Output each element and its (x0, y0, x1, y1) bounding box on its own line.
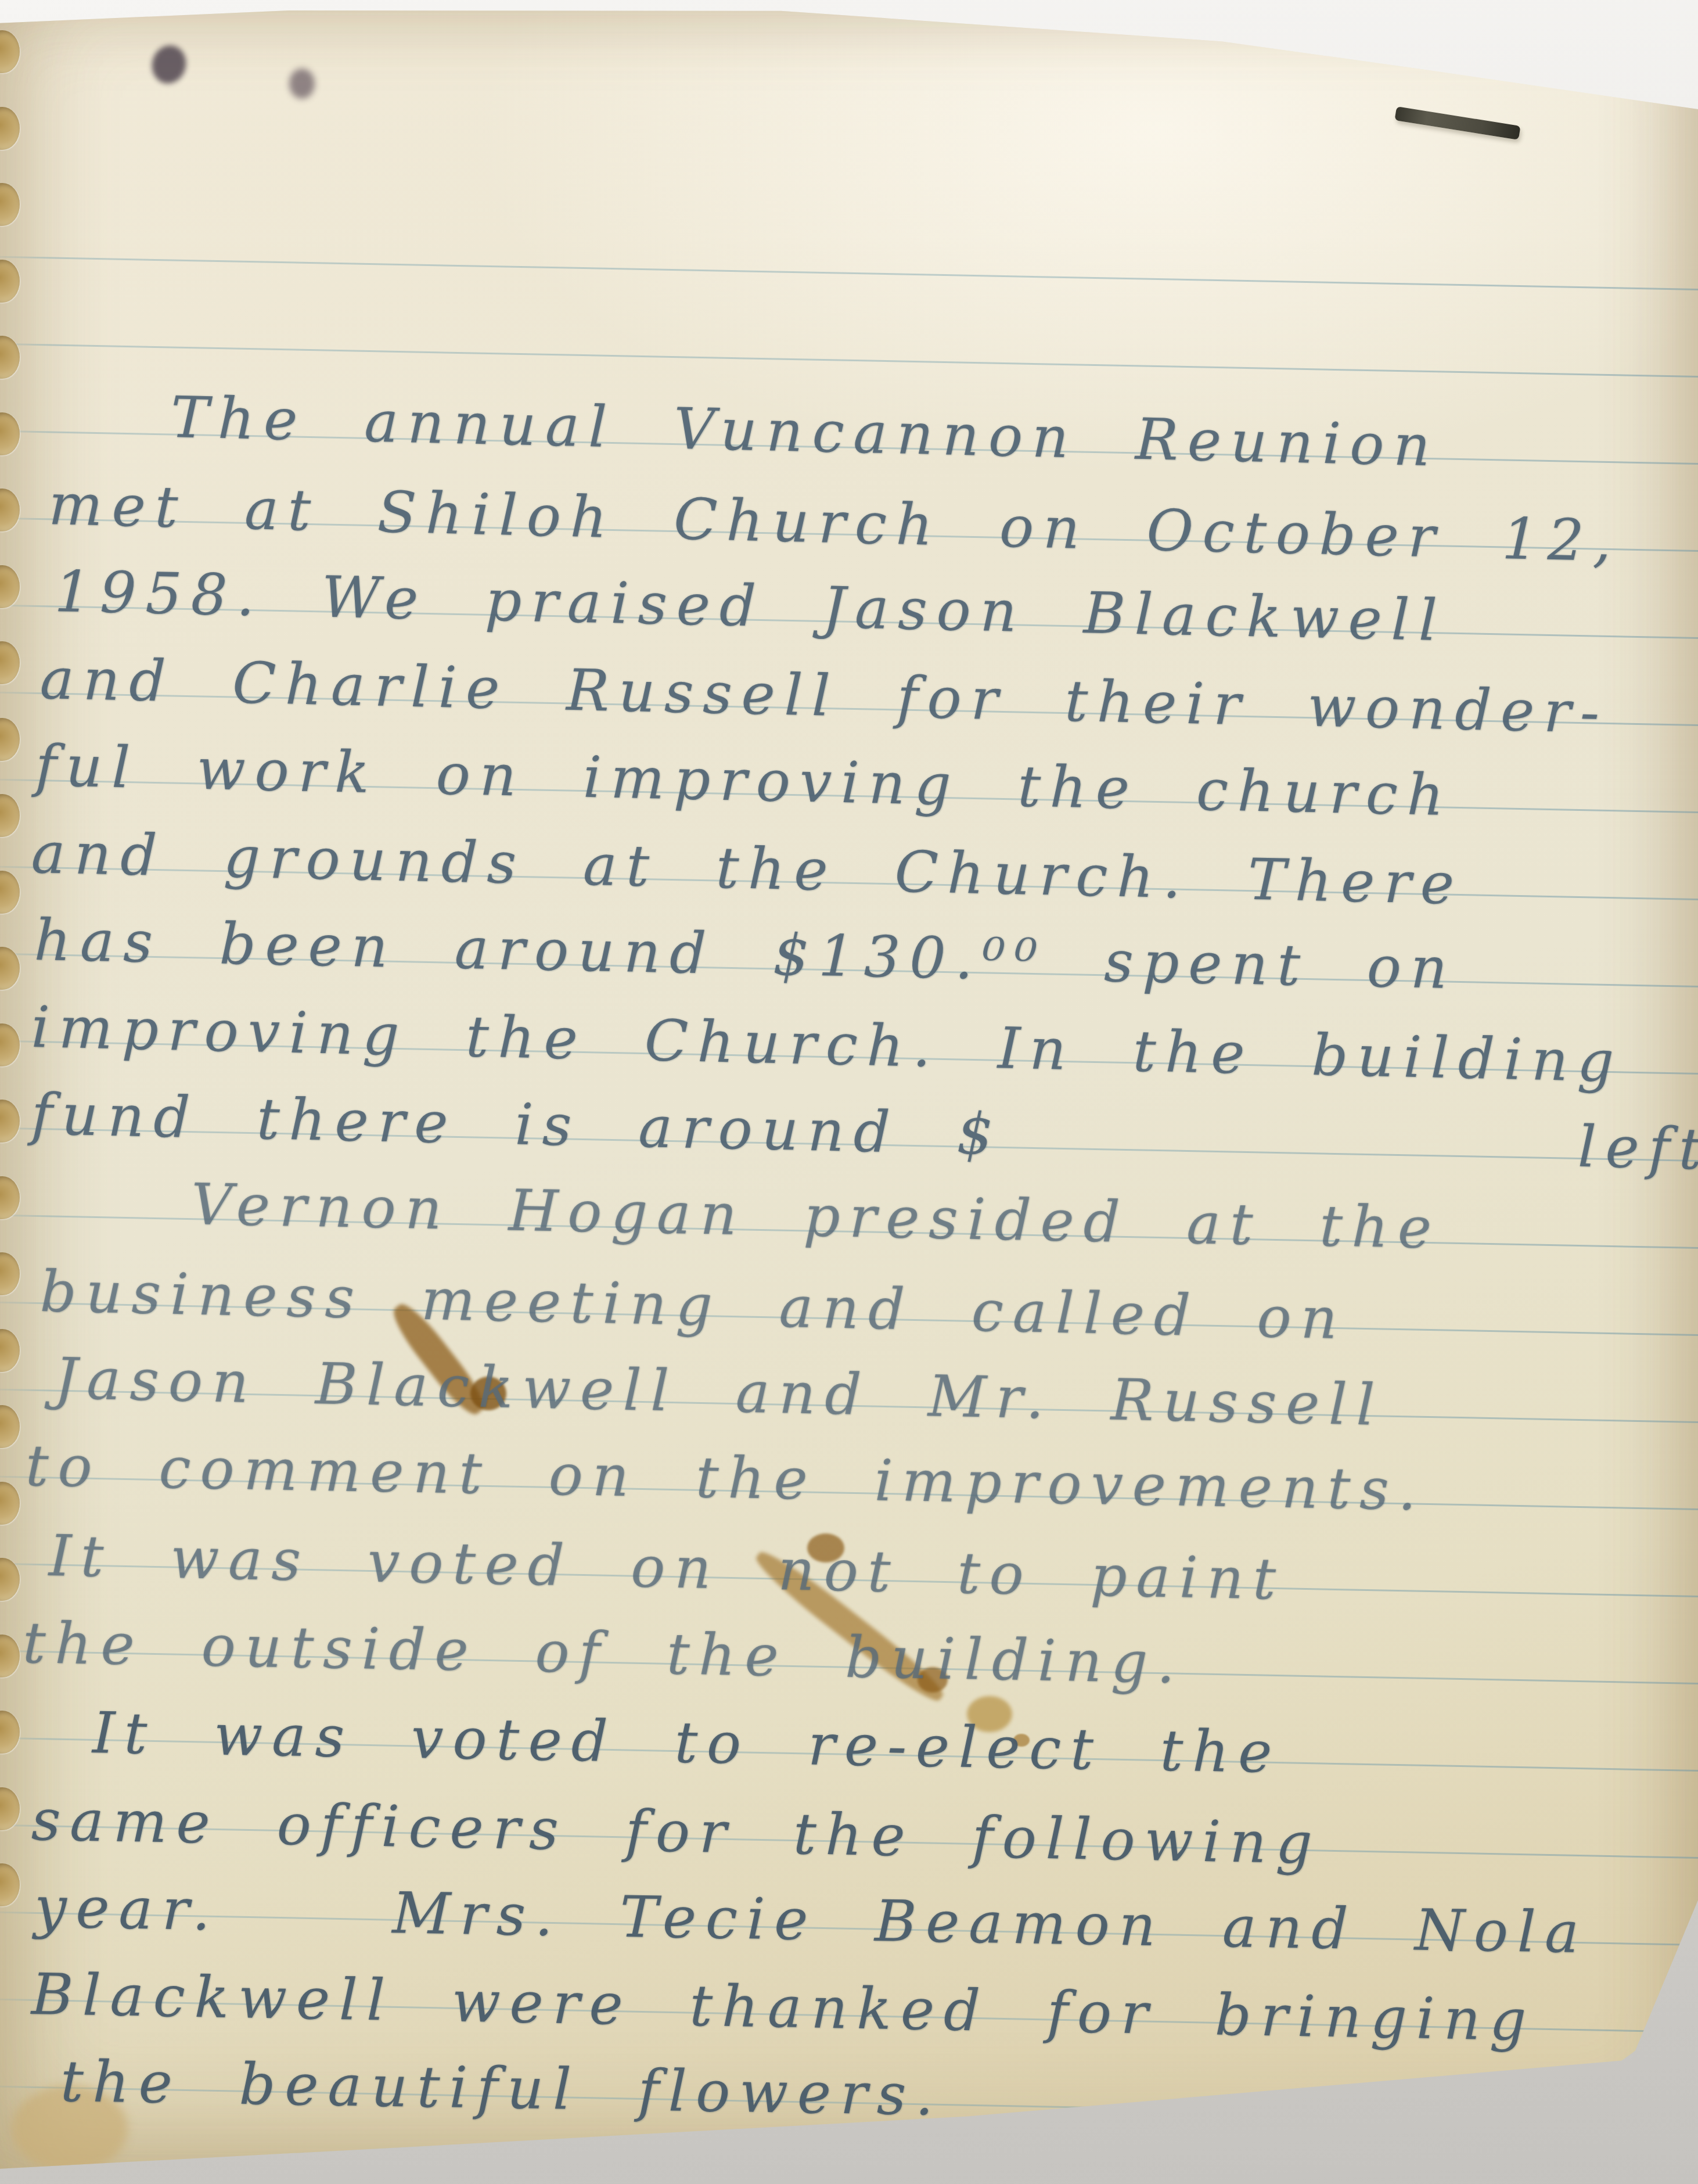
handwritten-line: met at Shiloh Church on October 12, (48, 476, 1621, 570)
handwritten-line: Blackwell were thanked for bringing (31, 1966, 1536, 2049)
handwritten-line: year. Mrs. Tecie Beamon and Nola (34, 1879, 1588, 1962)
handwritten-line: has been around $130.⁰⁰ spent on (34, 912, 1457, 997)
handwritten-line: the outside of the building. (22, 1615, 1185, 1692)
handwritten-line: 1958. We praised Jason Blackwell (54, 563, 1447, 649)
staple (1394, 106, 1520, 139)
photo-canvas: The annual Vuncannon Reunion met at Shil… (0, 0, 1698, 2184)
notebook-page: The annual Vuncannon Reunion met at Shil… (0, 0, 1698, 2184)
handwritten-line: The annual Vuncannon Reunion (170, 389, 1440, 475)
ink-smudge (289, 69, 315, 99)
handwritten-line: Jason Blackwell and Mr. Russell (54, 1350, 1384, 1434)
handwritten-line: fund there is around $ left. (31, 1086, 1698, 1179)
handwritten-line: to comment on the improvements. (25, 1438, 1426, 1519)
handwritten-line: same officers for the following (31, 1792, 1322, 1873)
handwritten-line: the beautiful flowers. (60, 2053, 943, 2124)
handwritten-line: Vernon Hogan presided at the (190, 1176, 1441, 1257)
handwritten-line: It was voted to re-elect the (92, 1705, 1282, 1781)
handwritten-line: improving the Church. In the building (31, 999, 1624, 1091)
handwritten-line: and grounds at the Church. There (31, 825, 1464, 913)
handwritten-line: and Charlie Russell for their wonder- (39, 651, 1609, 742)
handwritten-line: It was voted on not to paint (48, 1528, 1286, 1608)
handwritten-line: ful work on improving the church (35, 738, 1454, 824)
handwritten-line: business meeting and called on (39, 1263, 1347, 1348)
ink-smudge (148, 42, 190, 88)
